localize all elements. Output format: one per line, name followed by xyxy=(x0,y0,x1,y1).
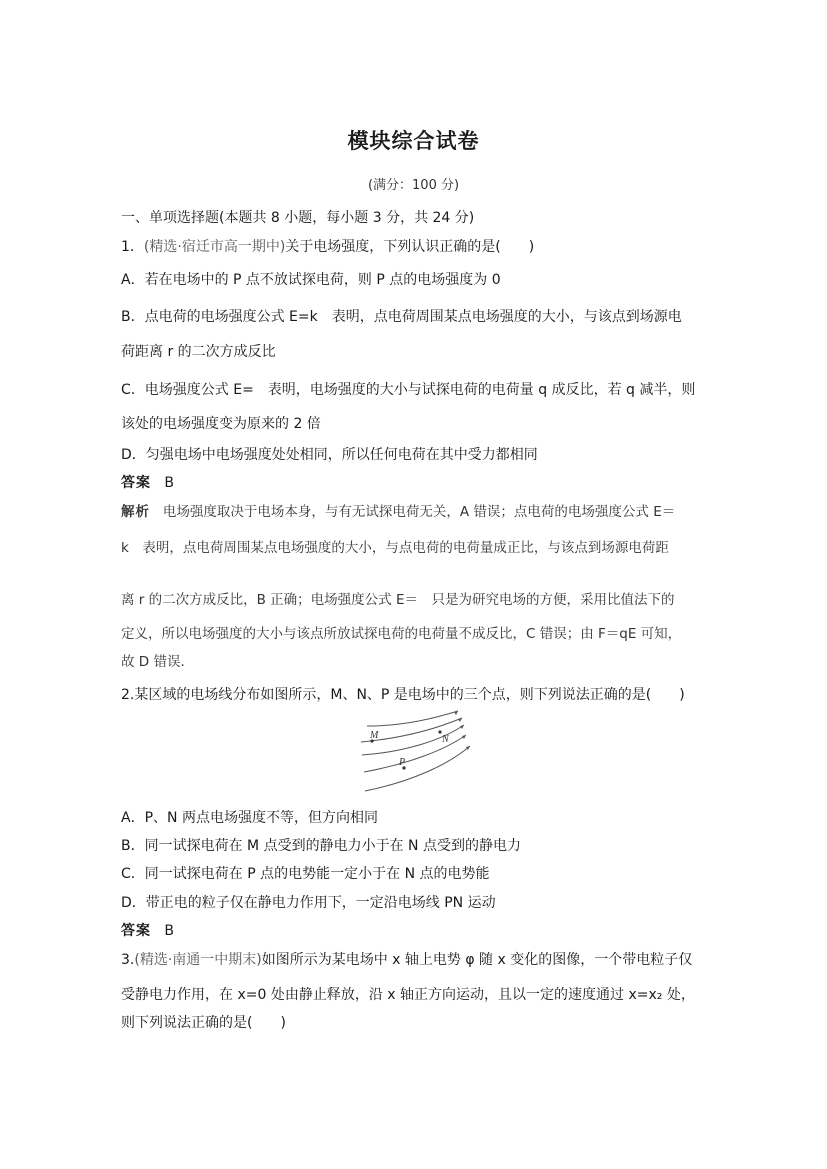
analysis-label: 解析 xyxy=(121,504,150,520)
question-2-option-c: C．同一试探电荷在 P 点的电势能一定小于在 N 点的电势能 xyxy=(121,865,490,883)
question-3-stem-line-2: 受静电力作用，在 x=0 处由静止释放，沿 x 轴正方向运动，且以一定的速度通过… xyxy=(121,986,695,1004)
option-label: A． xyxy=(121,272,145,288)
section-heading: 一、单项选择题(本题共 8 小题，每小题 3 分，共 24 分) xyxy=(121,209,474,227)
question-text: 关于电场强度，下列认识正确的是( ) xyxy=(285,239,534,255)
question-1-analysis-line-4: 定义，所以电场强度的大小与该点所放试探电荷的电荷量不成反比，C 错误；由 F＝q… xyxy=(121,625,681,643)
question-1-analysis-line-5: 故 D 错误． xyxy=(121,653,194,671)
option-text: P、N 两点电场强度不等，但方向相同 xyxy=(145,810,378,826)
analysis-text: 电场强度取决于电场本身，与有无试探电荷无关，A 错误；点电荷的电场强度公式 E＝ xyxy=(163,504,675,520)
question-2-option-a: A．P、N 两点电场强度不等，但方向相同 xyxy=(121,809,378,827)
question-1-option-c: C．电场强度公式 E= 表明，电场强度的大小与试探电荷的电荷量 q 成反比，若 … xyxy=(121,381,695,399)
question-1-option-b: B．点电荷的电场强度公式 E=k 表明，点电荷周围某点电场强度的大小，与该点到场… xyxy=(121,308,682,326)
question-1-answer: 答案 B xyxy=(121,474,174,492)
question-text: 某区域的电场线分布如图所示，M、N、P 是电场中的三个点，则下列说法正确的是( … xyxy=(134,687,684,703)
option-text: 若在电场中的 P 点不放试探电荷，则 P 点的电场强度为 0 xyxy=(145,272,501,288)
option-text: 点电荷的电场强度公式 E=k 表明，点电荷周围某点电场强度的大小，与该点到场源电 xyxy=(145,309,682,325)
answer-label: 答案 xyxy=(121,923,151,939)
question-1-option-a: A．若在电场中的 P 点不放试探电荷，则 P 点的电场强度为 0 xyxy=(121,271,501,289)
electric-field-lines-figure: M N P xyxy=(350,708,475,802)
option-label: D． xyxy=(121,447,146,463)
answer-label: 答案 xyxy=(121,475,151,491)
question-1-option-d: D．匀强电场中电场强度处处相同，所以任何电荷在其中受力都相同 xyxy=(121,446,538,464)
question-3-stem-line-3: 则下列说法正确的是( ) xyxy=(121,1014,286,1032)
question-1-option-c-cont: 该处的电场强度变为原来的 2 倍 xyxy=(121,415,321,433)
score-subtitle: (满分：100 分) xyxy=(0,177,827,195)
option-text: 同一试探电荷在 P 点的电势能一定小于在 N 点的电势能 xyxy=(145,866,490,882)
question-1-stem: 1．(精选·宿迁市高一期中)关于电场强度，下列认识正确的是( ) xyxy=(121,238,534,256)
answer-value: B xyxy=(164,923,174,939)
option-text: 同一试探电荷在 M 点受到的静电力小于在 N 点受到的静电力 xyxy=(145,838,521,854)
question-text: 如图所示为某电场中 x 轴上电势 φ 随 x 变化的图像，一个带电粒子仅 xyxy=(262,952,693,968)
option-label: B． xyxy=(121,838,145,854)
option-label: A． xyxy=(121,810,145,826)
option-label: B． xyxy=(121,309,145,325)
question-2-option-b: B．同一试探电荷在 M 点受到的静电力小于在 N 点受到的静电力 xyxy=(121,837,521,855)
question-2-answer: 答案 B xyxy=(121,922,174,940)
question-3-stem-line-1: 3.(精选·南通一中期末)如图所示为某电场中 x 轴上电势 φ 随 x 变化的图… xyxy=(121,951,692,969)
option-text: 匀强电场中电场强度处处相同，所以任何电荷在其中受力都相同 xyxy=(146,447,538,463)
option-label: C． xyxy=(121,866,145,882)
option-text: 带正电的粒子仅在静电力作用下，一定沿电场线 PN 运动 xyxy=(146,895,496,911)
question-number: 1． xyxy=(121,239,144,255)
question-2-stem: 2.某区域的电场线分布如图所示，M、N、P 是电场中的三个点，则下列说法正确的是… xyxy=(121,686,685,704)
question-1-analysis-line-1: 解析 电场强度取决于电场本身，与有无试探电荷无关，A 错误；点电荷的电场强度公式… xyxy=(121,503,675,521)
point-label-n: N xyxy=(441,734,450,745)
option-label: D． xyxy=(121,895,146,911)
option-label: C． xyxy=(121,382,145,398)
answer-value: B xyxy=(164,475,174,491)
question-source: (精选·宿迁市高一期中) xyxy=(144,239,285,255)
question-1-option-b-cont: 荷距离 r 的二次方成反比 xyxy=(121,343,276,361)
document-title: 模块综合试卷 xyxy=(0,128,827,154)
question-1-analysis-line-3: 离 r 的二次方成反比，B 正确；电场强度公式 E＝ 只是为研究电场的方便，采用… xyxy=(121,591,675,609)
question-source: (精选·南通一中期末) xyxy=(134,952,261,968)
option-text: 电场强度公式 E= 表明，电场强度的大小与试探电荷的电荷量 q 成反比，若 q … xyxy=(145,382,696,398)
point-label-p: P xyxy=(398,757,405,768)
question-1-analysis-line-2: k 表明，点电荷周围某点电场强度的大小，与点电荷的电荷量成正比，与该点到场源电荷… xyxy=(121,539,669,557)
point-label-m: M xyxy=(369,730,379,741)
question-number: 2. xyxy=(121,687,134,703)
question-number: 3. xyxy=(121,952,134,968)
question-2-option-d: D．带正电的粒子仅在静电力作用下，一定沿电场线 PN 运动 xyxy=(121,894,496,912)
